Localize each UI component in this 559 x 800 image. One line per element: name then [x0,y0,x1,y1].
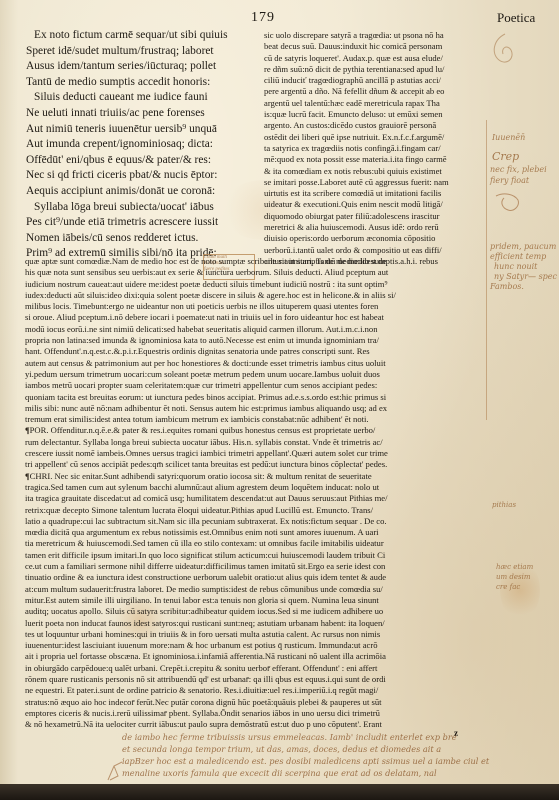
commentary-line: ta satyrica ex tragœdiis notis confingā.… [264,143,479,154]
commentary-line: his quæ nota sunt sensibus seu uerbis:au… [25,267,480,278]
commentary-line: iambos metrū uocari propter suam celerit… [25,380,480,391]
commentary-line: emptores ciceris & nucis.i.rerū uilissim… [25,708,480,719]
marginal-note: efficient temp [490,252,546,262]
commentary-line-chri: ¶CHRI. Nec sic enitar.Sunt adhibendi sat… [25,471,480,482]
marginal-note: um desim [496,572,530,582]
commentary-line: milis sibi: nunc autē nō:nam adhibentur … [25,403,480,414]
commentary-line: ce.ut cum a familiari sermone nihil diff… [25,561,480,572]
verse-line: Speret idē/sudet multum/frustraq; labore… [26,44,261,60]
verse-line: Offēdūt' eni/qbus ē equus/& pater/& res: [26,153,261,169]
commentary-line: stratus:nō æquo aio hoc indecor̄ ferūt.N… [25,697,480,708]
commentary-line: tia meretricum & huiuscemodi.Sed tamen c… [25,538,480,549]
verse-line: Aut imunda crepent/ignominiosaq; dicta: [26,137,261,153]
commentary-line: latio a quadrupe:cui lac subtractum sit.… [25,516,480,527]
commentary-line: mē:quod ex nota possit esse materia.i.it… [264,154,479,165]
commentary-line: ostēdit dei liberi quē ipse nutriuit. Ex… [264,132,479,143]
folio-number: 179 [251,10,275,26]
commentary-line: quoniam tacita est breuitas eorum: ut iu… [25,392,480,403]
commentary-line: argentū uel talentū:hæc eadē meretricula… [264,98,479,109]
annotation-line: iapBzer hoc est a maledicendo est. pes d… [122,755,542,767]
commentary-line: yi.pedum uersum trimetrum uocari:cum sol… [25,369,480,380]
page-edge-shadow [0,784,559,800]
commentary-line: mitur.Est autem simile illi uirgiliano. … [25,595,480,606]
commentary-line: crescere iussit nomē iambeis.Omnes uersu… [25,448,480,459]
manicule-flourish-icon [485,30,525,80]
margin-bracket [486,120,491,420]
commentary-line: rōnem quare rusticanis personis nō sit a… [25,674,480,685]
commentary-line: argento. An custos:dicēdo custos grauior… [264,120,479,131]
annotation-line: et secunda longa tempor trium, ut das, a… [122,743,542,755]
verse-line: Syllaba lōga breui subiecta/uocat' iābus [26,200,261,216]
commentary-line: luerit poeta non inducat faunos idest sa… [25,618,480,629]
verse-line: Pes cit⁹/unde etiā trimetris acrescere i… [26,215,261,231]
commentary-line: diuisio operis:ordo uerborum æconomia cō… [264,233,479,244]
marginal-note: pithias [492,500,516,510]
commentary-line: meretrici & alia huiuscemodi. Ausus idē:… [264,222,479,233]
marginal-note: hæc etiam [496,562,533,572]
commentary-line: rum delectantur. Syllaba longa breui sub… [25,437,480,448]
commentary-line: in obiurgādo carpēdoue:q ualēt urbani. C… [25,663,480,674]
marginal-note: fiery fioat [490,176,529,186]
commentary-line: tri appellent' cū senos accipiāt pedes:q… [25,459,480,470]
marginal-note: Fambos. [490,282,524,292]
annotation-line: menaline uxoris famula que excecit dii s… [122,767,542,779]
marginal-note: nec fix, plebei [490,165,547,175]
commentary-line: tes ut loquuntur urbani homines:qui in t… [25,629,480,640]
verse-line: Nomen iābeis/cū senos redderet ictus. [26,231,261,247]
marginal-note: ny Satyr— spec [494,272,557,282]
commentary-text: CHRI. Nec sic enitar.Sunt adhibendi saty… [30,471,372,481]
commentary-line: hant. Offendunt'.n.q.est.c.&.p.i.r.Eques… [25,346,480,357]
commentary-line: milibus locis. Timebunt:ergo ne uideantu… [25,301,480,312]
commentary-line: ciliū induciť tragœdiographū ancillā p a… [264,75,479,86]
commentary-line: tinuatio ordine & ea iunctura idest cons… [25,572,480,583]
commentary-line: ita tragica grauitate discedat:ut ad com… [25,493,480,504]
annotation-line: de iambo hec ferme tribuissis ursus emme… [122,731,542,743]
commentary-line: uirtutis est ita scribere comœdiā ut imi… [264,188,479,199]
commentary-text: POR. Offenditur.n.q.ē.e.& pater & res.i.… [30,425,376,435]
commentary-line: propria non latina:sed imunda & ignomini… [25,335,480,346]
commentary-line: at:cum multum sudauerit:frustra laboret.… [25,584,480,595]
commentary-line: diquomodo obiurgat pater filiū:adolescen… [264,211,479,222]
book-page: 179 Poetica Ex noto fictum carmē sequar/… [0,0,559,800]
commentary-right-column: sic uolo discrepare satyrā a tragœdia: u… [264,30,479,267]
commentary-line: iuuenentur:idest lasciuiant iuuenum more… [25,640,480,651]
commentary-full-width: quæ aptæ sunt comœdiæ.Nam de medio hoc e… [25,256,480,730]
commentary-line: cū de satyris loqueret'. Audax.p. quæ es… [264,53,479,64]
pointing-hand-icon [494,190,524,216]
running-title: Poetica [497,10,535,26]
verse-line: Ex noto fictum carmē sequar/ut sibi quiu… [26,28,261,44]
commentary-line: uideatur & executioni.Quis enim nescit m… [264,199,479,210]
bottom-manuscript-annotation: de iambo hec ferme tribuissis ursus emme… [122,731,542,779]
commentary-line: si oroue. Aliud pceptum.i.nō debere ioca… [25,312,480,323]
verse-line: Ausus idem/tantum series/iūcturaq; polle… [26,59,261,75]
verse-line: Tantū de medio sumptis accedit honoris: [26,75,261,91]
commentary-line: uerborū.i.tantū ualet ordo & compositio … [264,245,479,256]
marginal-note: cre fac [496,582,520,592]
commentary-line: modū iocus eorū.i.ne sint nimiū delicati… [25,324,480,335]
commentary-line: autem aut census & patrimonium aut per h… [25,358,480,369]
commentary-line: tamen erit difficile ipsum imitari.In qu… [25,550,480,561]
verse-line: Aequis accipiunt animis/donāt ue coronā: [26,184,261,200]
commentary-line: iudicium nostrum caueat:aut uidere me:id… [25,279,480,290]
marginal-note: Iuuenēn̄ [492,133,525,143]
commentary-line: tremum erat similis:idest antea totum ia… [25,414,480,425]
commentary-line: & ita comœdiam ex notis rebus:ubi quiuis… [264,166,479,177]
commentary-line: retrix:quæ decepto Simone talentum lucra… [25,505,480,516]
marginal-note: pridem, paucum [490,242,556,252]
verse-line: Nec si qd fricti ciceris pbat/& nucis ēp… [26,168,261,184]
verse-line: Ne ueluti innati triuiis/ac pene forense… [26,106,261,122]
verse-block: Ex noto fictum carmē sequar/ut sibi quiu… [26,28,261,262]
marginal-note: hunc nouit [494,262,537,272]
verse-line: Siluis deducti caueant me iudice fauni [26,90,261,106]
commentary-line: ait i propria uel fortasse obscæna. Et i… [25,651,480,662]
commentary-line: iudex:deducti aūt siluis:ideo dixi:quia … [25,290,480,301]
marginal-note: Crep [492,152,519,162]
commentary-line: pere argentū a dño. Nā fefellit dñum & a… [264,86,479,97]
commentary-line: re dñm suū:nō dicit de pythia terentiana… [264,64,479,75]
pointing-hand-icon [104,758,128,784]
commentary-line: auditq; uocatus apollo. Siluis cū satyra… [25,606,480,617]
commentary-line: se imitari posse.Laboret autē cū aggress… [264,177,479,188]
verse-line: Aut nimiū teneris iuuenētur uersib⁹ unqu… [26,122,261,138]
commentary-line: quæ aptæ sunt comœdiæ.Nam de medio hoc e… [25,256,480,267]
commentary-line: is:quæ lucrū facit. Emuncto deluso: ut e… [264,109,479,120]
commentary-line-por: ¶POR. Offenditur.n.q.ē.e.& pater & res.i… [25,425,480,436]
commentary-line: ne equestri. Et pater.i.sunt de ordine p… [25,685,480,696]
commentary-line: tragica.Sed tamen cum aut sylenum bacchi… [25,482,480,493]
commentary-line: mœdia dicitā qua argumentum ex rebus not… [25,527,480,538]
commentary-line: sic uolo discrepare satyrā a tragœdia: u… [264,30,479,41]
commentary-line: & nō hexametrū.Nā ita uelociter currit i… [25,719,480,730]
commentary-line: beat decus suū. Dauus:induxit hic comicā… [264,41,479,52]
